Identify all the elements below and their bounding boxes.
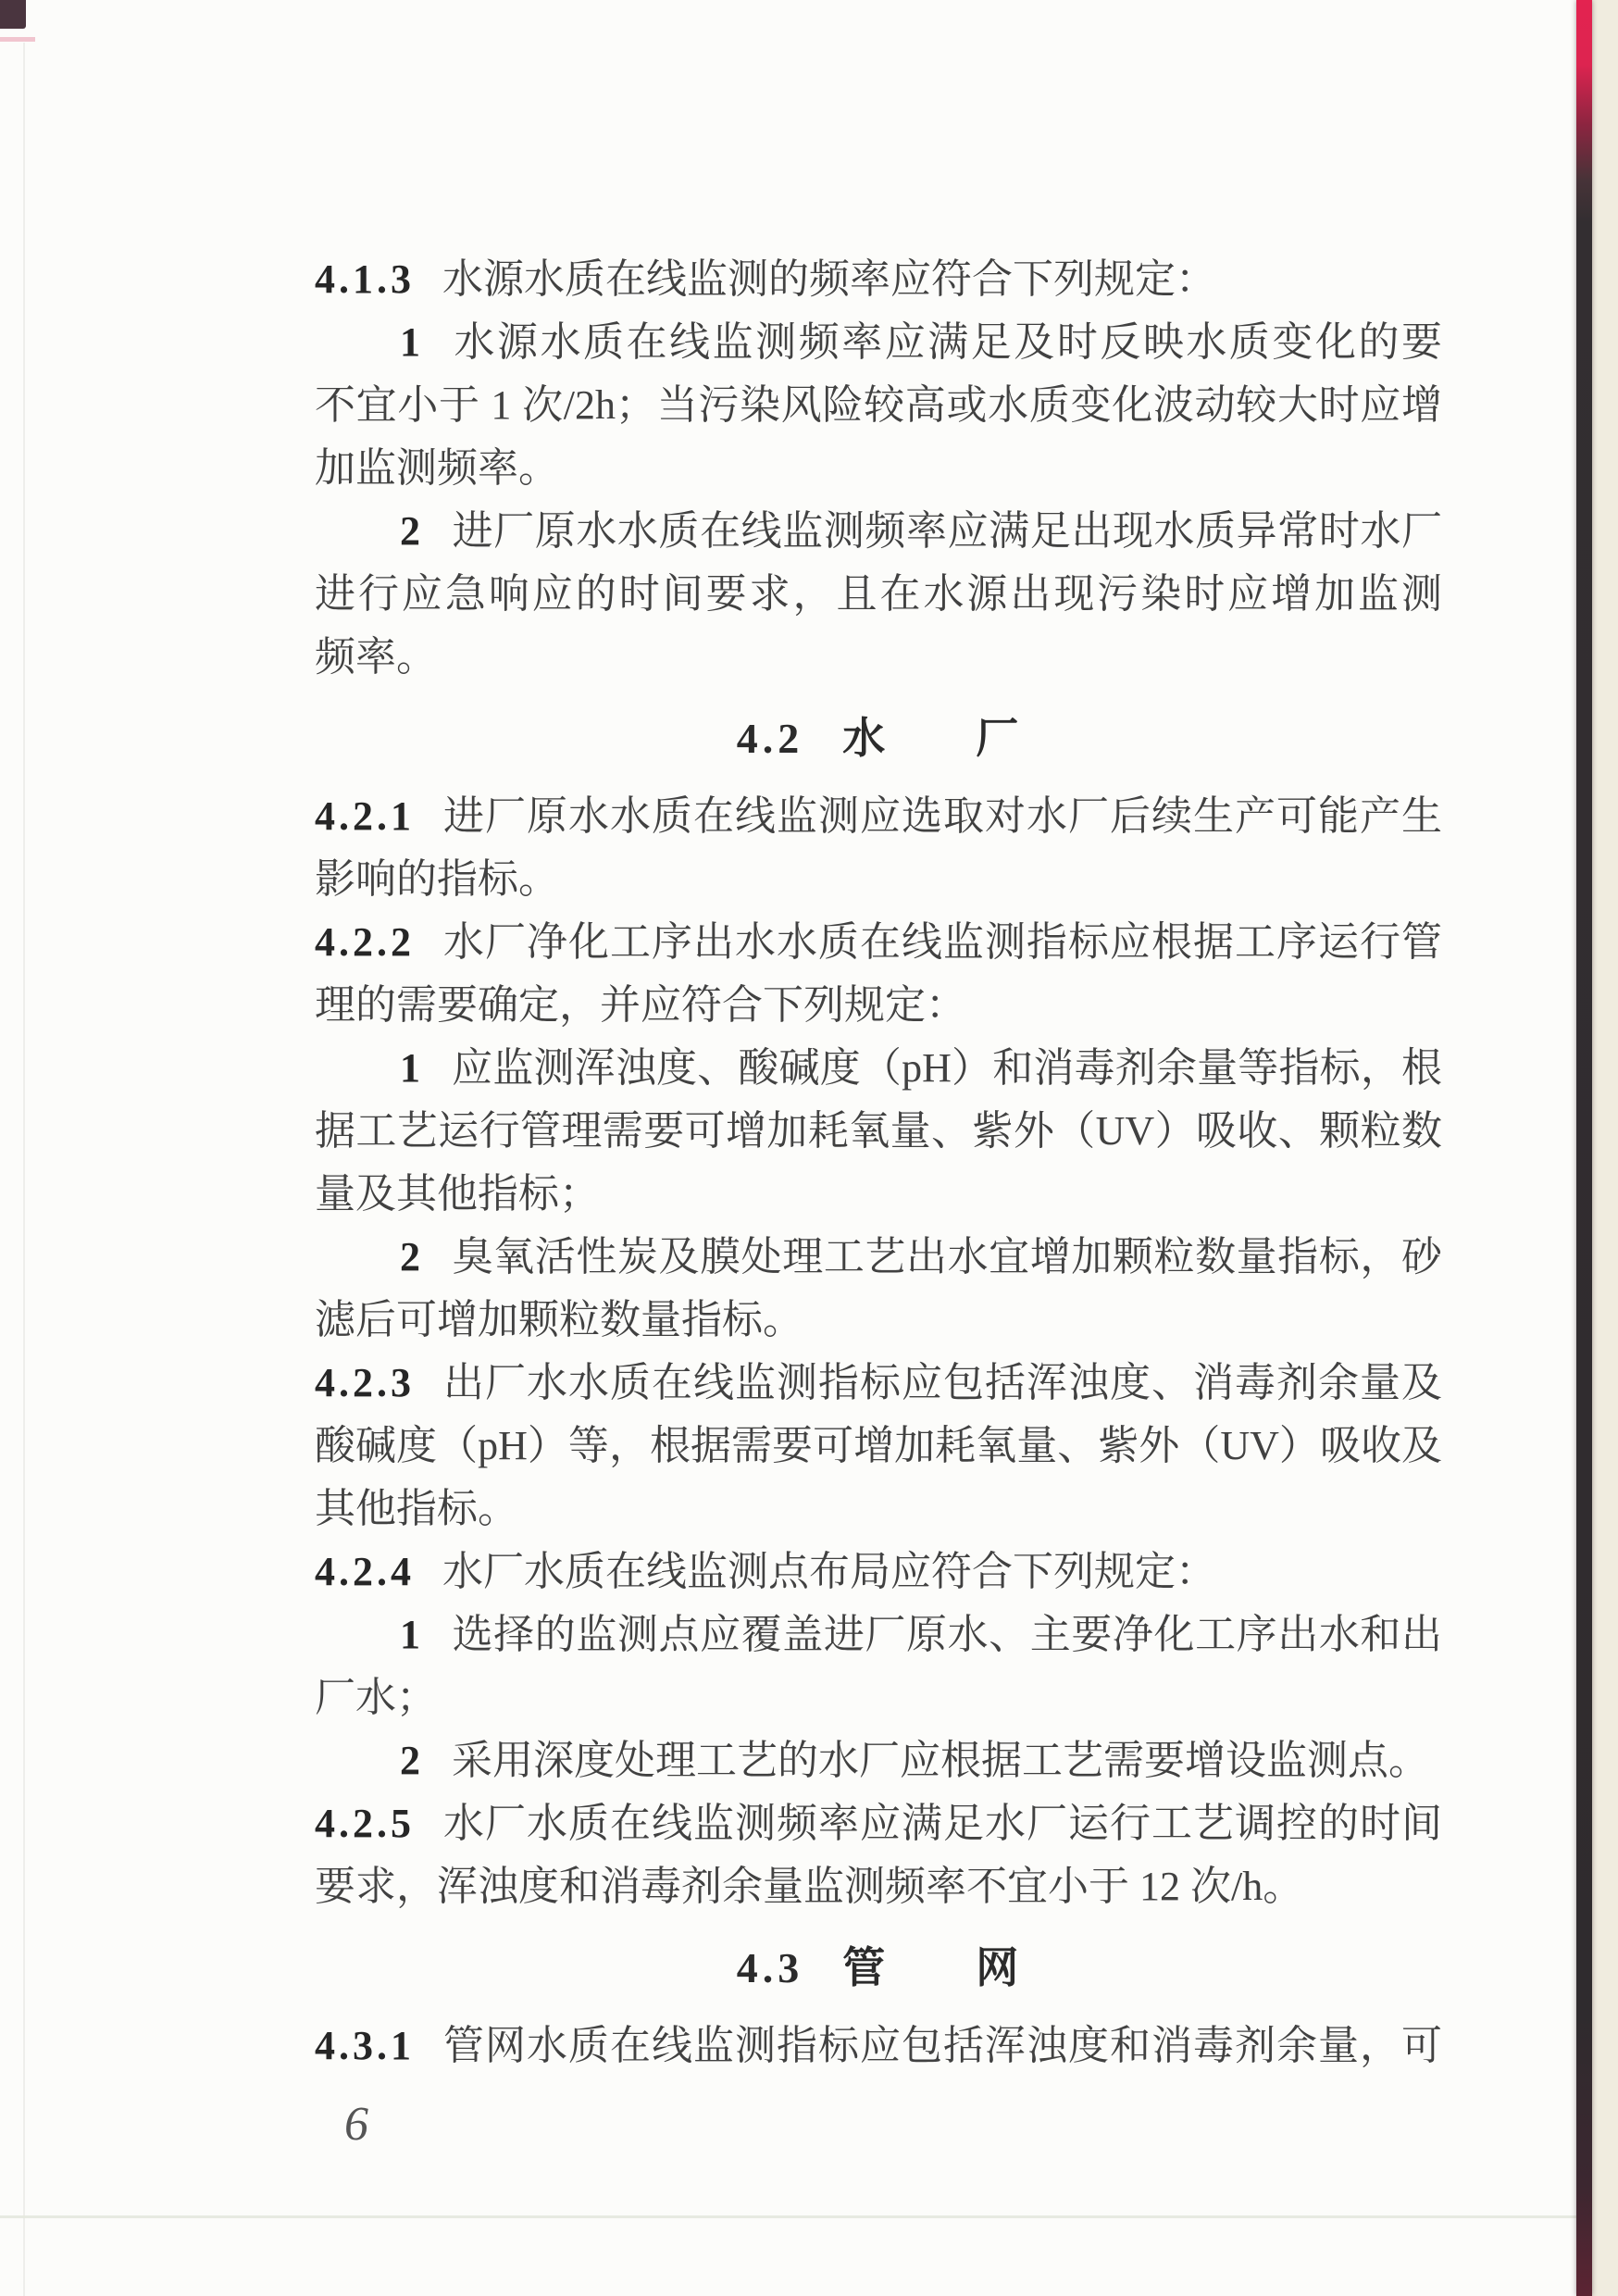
- pink-tick-mark: [0, 37, 35, 42]
- line-text: 进厂原水水质在线监测频率应满足出现水质异常时水厂: [452, 508, 1442, 554]
- line-text: 厂水；: [315, 1675, 437, 1720]
- clause-line: 4.2.5水厂水质在线监测频率应满足水厂运行工艺调控的时间: [315, 1792, 1442, 1855]
- clause-line: 4.2.2水厂净化工序出水水质在线监测指标应根据工序运行管: [315, 911, 1442, 974]
- line-text: 选择的监测点应覆盖进厂原水、主要净化工序出水和出: [452, 1612, 1442, 1657]
- item-number: 2: [400, 1234, 420, 1279]
- cont-line: 加监测频率。: [315, 437, 1442, 500]
- item-number: 2: [400, 1738, 420, 1783]
- line-text: 采用深度处理工艺的水厂应根据工艺需要增设监测点。: [452, 1738, 1429, 1783]
- section-heading: 4.2水 厂: [315, 705, 1442, 772]
- clause-number: 4.2.5: [315, 1801, 415, 1846]
- line-text: 水厂水质在线监测频率应满足水厂运行工艺调控的时间: [442, 1801, 1442, 1846]
- item-number: 1: [400, 1045, 420, 1091]
- line-text: 管网水质在线监测指标应包括浑浊度和消毒剂余量，可: [442, 2023, 1442, 2068]
- line-text: 出厂水水质在线监测指标应包括浑浊度、消毒剂余量及: [442, 1360, 1442, 1405]
- item-line: 2臭氧活性炭及膜处理工艺出水宜增加颗粒数量指标，砂: [315, 1226, 1442, 1289]
- line-text: 臭氧活性炭及膜处理工艺出水宜增加颗粒数量指标，砂: [452, 1234, 1442, 1279]
- line-text: 水源水质在线监测的频率应符合下列规定：: [442, 256, 1216, 302]
- line-text: 水厂水质在线监测点布局应符合下列规定：: [442, 1549, 1216, 1594]
- paper-crease-line: [23, 43, 25, 2296]
- page-number: 6: [344, 2100, 368, 2150]
- heading-title: 水 厂: [842, 715, 1020, 762]
- item-number: 2: [400, 508, 420, 554]
- line-text: 加监测频率。: [315, 445, 559, 491]
- cont-line: 理的需要确定，并应符合下列规定：: [315, 974, 1442, 1037]
- cont-line: 不宜小于 1 次/2h；当污染风险较高或水质变化波动较大时应增: [315, 374, 1442, 437]
- clause-line: 4.2.1进厂原水水质在线监测应选取对水厂后续生产可能产生: [315, 785, 1442, 848]
- item-line: 2进厂原水水质在线监测频率应满足出现水质异常时水厂: [315, 500, 1442, 563]
- line-text: 据工艺运行管理需要可增加耗氧量、紫外（UV）吸收、颗粒数: [315, 1108, 1442, 1154]
- item-line: 2采用深度处理工艺的水厂应根据工艺需要增设监测点。: [315, 1729, 1442, 1792]
- clause-line: 4.3.1管网水质在线监测指标应包括浑浊度和消毒剂余量，可: [315, 2015, 1442, 2078]
- cont-line: 影响的指标。: [315, 848, 1442, 911]
- line-text: 频率。: [315, 634, 437, 680]
- clause-number: 4.2.1: [315, 793, 415, 839]
- clause-line: 4.2.4水厂水质在线监测点布局应符合下列规定：: [315, 1541, 1442, 1603]
- line-text: 其他指标。: [315, 1486, 518, 1531]
- clause-number: 4.2.4: [315, 1549, 415, 1594]
- text-column: 4.1.3水源水质在线监测的频率应符合下列规定：1水源水质在线监测频率应满足及时…: [315, 248, 1442, 2078]
- heading-number: 4.3: [737, 1944, 804, 1991]
- line-text: 应监测浑浊度、酸碱度（pH）和消毒剂余量等指标，根: [452, 1045, 1442, 1091]
- line-text: 要求，浑浊度和消毒剂余量监测频率不宜小于 12 次/h。: [315, 1864, 1303, 1909]
- clause-number: 4.2.3: [315, 1360, 415, 1405]
- cont-line: 频率。: [315, 626, 1442, 689]
- clause-number: 4.2.2: [315, 919, 415, 965]
- book-spine-edge-line: [1576, 0, 1592, 2296]
- section-heading: 4.3管 网: [315, 1935, 1442, 2002]
- cont-line: 量及其他指标；: [315, 1163, 1442, 1226]
- line-text: 水源水质在线监测频率应满足及时反映水质变化的要求，: [315, 319, 1442, 374]
- clause-line: 4.1.3水源水质在线监测的频率应符合下列规定：: [315, 248, 1442, 311]
- line-text: 进厂原水水质在线监测应选取对水厂后续生产可能产生: [442, 793, 1442, 839]
- item-line: 1应监测浑浊度、酸碱度（pH）和消毒剂余量等指标，根: [315, 1037, 1442, 1100]
- clause-number: 4.1.3: [315, 256, 415, 302]
- page-edge-strip: [1592, 0, 1618, 2296]
- line-text: 酸碱度（pH）等，根据需要可增加耗氧量、紫外（UV）吸收及: [315, 1423, 1442, 1468]
- line-text: 不宜小于 1 次/2h；当污染风险较高或水质变化波动较大时应增: [315, 382, 1442, 428]
- cont-line: 厂水；: [315, 1666, 1442, 1729]
- heading-number: 4.2: [737, 715, 804, 762]
- cont-line: 滤后可增加颗粒数量指标。: [315, 1289, 1442, 1352]
- corner-mark: [0, 0, 26, 29]
- cont-line: 其他指标。: [315, 1478, 1442, 1541]
- clause-line: 4.2.3出厂水水质在线监测指标应包括浑浊度、消毒剂余量及: [315, 1352, 1442, 1415]
- line-text: 水厂净化工序出水水质在线监测指标应根据工序运行管: [442, 919, 1442, 965]
- cont-line: 要求，浑浊度和消毒剂余量监测频率不宜小于 12 次/h。: [315, 1855, 1442, 1918]
- line-text: 滤后可增加颗粒数量指标。: [315, 1297, 803, 1342]
- item-number: 1: [400, 1612, 420, 1657]
- clause-number: 4.3.1: [315, 2023, 415, 2068]
- item-line: 1水源水质在线监测频率应满足及时反映水质变化的要求，: [315, 311, 1442, 374]
- item-number: 1: [400, 319, 420, 365]
- line-text: 理的需要确定，并应符合下列规定：: [315, 982, 966, 1028]
- line-text: 影响的指标。: [315, 856, 559, 902]
- bottom-shadow-line: [0, 2215, 1618, 2218]
- cont-line: 酸碱度（pH）等，根据需要可增加耗氧量、紫外（UV）吸收及: [315, 1415, 1442, 1478]
- item-line: 1选择的监测点应覆盖进厂原水、主要净化工序出水和出: [315, 1603, 1442, 1666]
- cont-line: 据工艺运行管理需要可增加耗氧量、紫外（UV）吸收、颗粒数: [315, 1100, 1442, 1163]
- line-text: 量及其他指标；: [315, 1171, 600, 1217]
- cont-line: 进行应急响应的时间要求，且在水源出现污染时应增加监测: [315, 563, 1442, 626]
- line-text: 进行应急响应的时间要求，且在水源出现污染时应增加监测: [315, 571, 1442, 617]
- heading-title: 管 网: [842, 1944, 1020, 1991]
